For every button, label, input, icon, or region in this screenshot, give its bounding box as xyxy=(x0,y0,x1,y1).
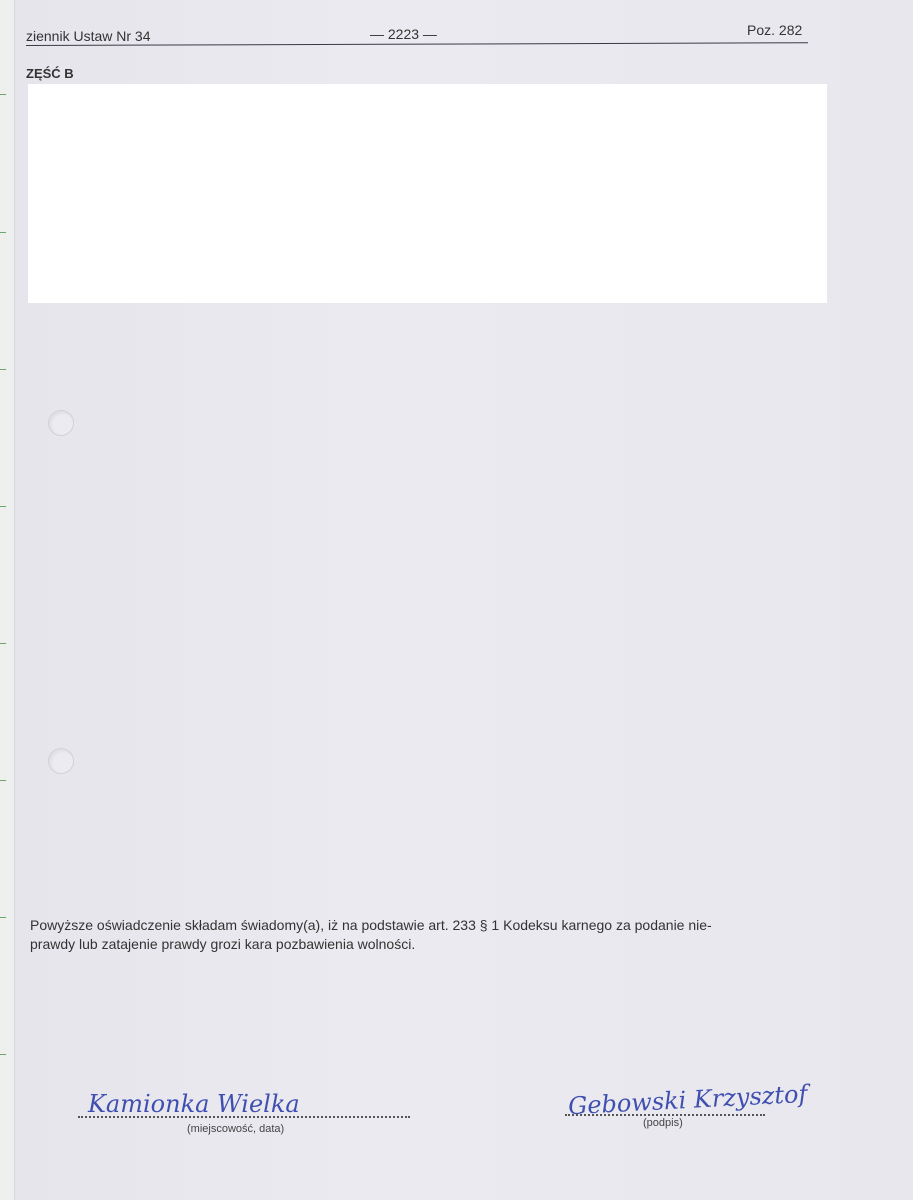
declaration-line-2: prawdy lub zatajenie prawdy grozi kara p… xyxy=(30,935,830,954)
margin-tick xyxy=(0,1054,6,1055)
punch-hole xyxy=(48,410,74,436)
signature-dotted-line xyxy=(565,1114,765,1116)
margin-tick xyxy=(0,917,6,918)
margin-tick xyxy=(0,232,6,233)
scanner-margin-strip xyxy=(0,0,15,1200)
margin-tick xyxy=(0,643,6,644)
redacted-area xyxy=(28,84,827,303)
position-number: Poz. 282 xyxy=(747,22,802,38)
margin-tick xyxy=(0,94,6,95)
margin-tick xyxy=(0,506,6,507)
punch-hole xyxy=(48,748,74,774)
place-date-handwriting: Kamionka Wielka xyxy=(88,1090,300,1118)
signature-caption: (podpis) xyxy=(643,1117,683,1129)
declaration-text: Powyższe oświadczenie składam świadomy(a… xyxy=(30,916,830,954)
journal-title: ziennik Ustaw Nr 34 xyxy=(26,28,151,44)
place-date-caption: (miejscowość, data) xyxy=(187,1123,284,1135)
section-title: ZĘŚĆ B xyxy=(26,66,74,81)
declaration-line-1: Powyższe oświadczenie składam świadomy(a… xyxy=(30,916,830,935)
margin-tick xyxy=(0,369,6,370)
place-date-dotted-line xyxy=(78,1116,410,1118)
page-number: — 2223 — xyxy=(370,26,437,42)
margin-tick xyxy=(0,780,6,781)
